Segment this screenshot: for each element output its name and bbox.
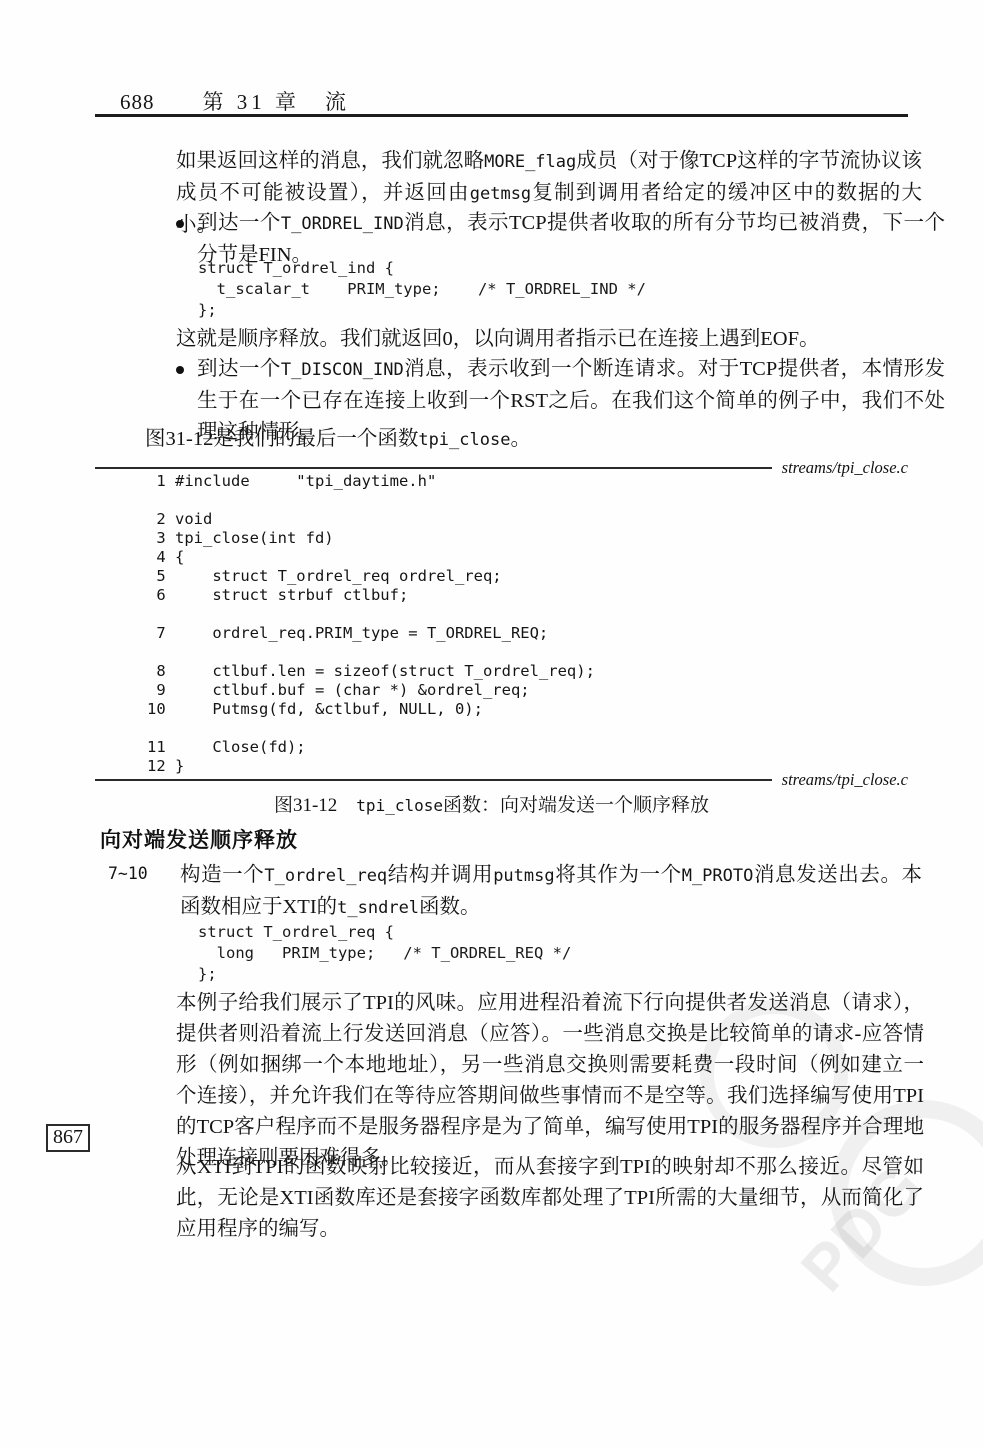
code-snippet-t-ordrel-ind: struct T_ordrel_ind { t_scalar_t PRIM_ty… xyxy=(198,258,646,321)
chapter-title: 第 31 章 流 xyxy=(203,90,351,114)
section-heading: 向对端发送顺序释放 xyxy=(100,824,298,854)
book-page: 688第 31 章 流 如果返回这样的消息，我们就忽略MORE_flag成员（对… xyxy=(0,0,983,1447)
listing-source-label: streams/tpi_close.c xyxy=(782,458,908,478)
listing-source-label: streams/tpi_close.c xyxy=(782,770,908,790)
bullet-icon xyxy=(176,220,184,228)
rule-line xyxy=(95,467,772,469)
header-rule xyxy=(95,114,908,117)
code-snippet-t-ordrel-req: struct T_ordrel_req { long PRIM_type; /*… xyxy=(198,922,571,985)
bullet-icon xyxy=(176,366,184,374)
paragraph-tpi-flavor: 本例子给我们展示了TPI的风味。应用进程沿着流下行向提供者发送消息（请求），提供… xyxy=(176,988,924,1174)
page-header: 688第 31 章 流 xyxy=(120,86,350,116)
paragraph-orderly-release: 这就是顺序释放。我们就返回0，以向调用者指示已在连接上遇到EOF。 xyxy=(176,324,922,355)
figure-caption: 图31-12 tpi_close函数：向对端发送一个顺序释放 xyxy=(0,790,983,817)
paragraph-xti-mapping: 从XTI到TPI的函数映射比较接近，而从套接字到TPI的映射却不那么接近。尽管如… xyxy=(176,1152,924,1245)
paragraph-lines-7-10: 构造一个T_ordrel_req结构并调用putmsg将其作为一个M_PROTO… xyxy=(180,860,922,924)
paragraph-figure-intro: 图31-12是我们的最后一个函数tpi_close。 xyxy=(145,424,922,456)
page-number: 688 xyxy=(120,90,155,114)
margin-page-ref: 867 xyxy=(46,1124,90,1152)
listing-code-tpi-close: 1 #include "tpi_daytime.h" 2 void 3 tpi_… xyxy=(147,472,595,776)
rule-line xyxy=(95,779,772,781)
line-range-label: 7~10 xyxy=(108,864,148,883)
listing-bottom-rule: streams/tpi_close.c xyxy=(95,770,908,790)
